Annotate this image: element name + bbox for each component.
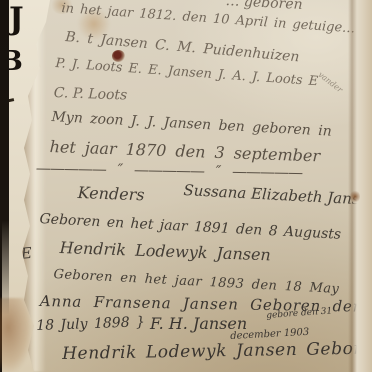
fore-edge-stain — [350, 190, 360, 203]
book-spine-shadow — [0, 0, 9, 315]
marginal-scribble: vander — [316, 70, 344, 95]
cut-off-top-line: … geboren — [225, 0, 303, 14]
printed-letter: J — [9, 4, 24, 35]
son-birth-line: Myn zoon J. J. Jansen ben geboren in — [51, 109, 332, 140]
children-heading: Kenders — [77, 183, 145, 205]
page-fore-edge — [348, 0, 372, 372]
child-name-line: Hendrik Lodewyk Jansen — [59, 238, 271, 265]
register-page-photo: J B … geboren in het jaar 1812. den 10 A… — [0, 0, 372, 372]
child-name-line-cutoff: Hendrik Lodewyk Jansen Geboren — [62, 338, 372, 364]
section-divider: ————— ″ ————— ″ ————— — [36, 159, 303, 182]
handwritten-page: … geboren in het jaar 1812. den 10 April… — [0, 0, 372, 372]
witness-name-line: C. P. Loots — [53, 85, 127, 104]
child-name-line: Sussana Elizabeth Jansen — [183, 181, 372, 209]
child-birth-line: 18 July 1898 } — [36, 314, 145, 335]
